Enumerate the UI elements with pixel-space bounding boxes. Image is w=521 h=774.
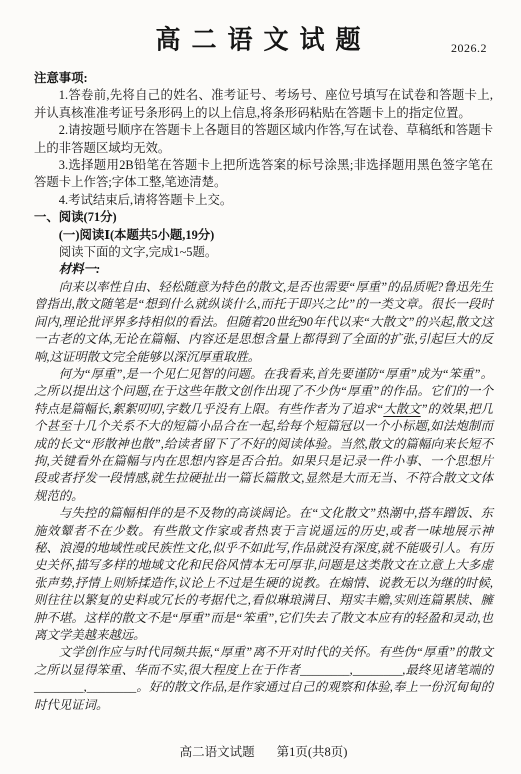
page-footer: 高二语文试题 第1页(共8页) xyxy=(34,742,493,764)
passage-paragraph-3: 与失控的篇幅相伴的是不及物的高谈阔论。在“文化散文”热潮中,搭车蹭饭、东施效颦者… xyxy=(34,505,493,644)
section-heading: 一、阅读(71分) xyxy=(34,209,493,226)
footer-page-number: 第1页(共8页) xyxy=(277,742,348,760)
paragraph-2-text-after: ”的效果,把几个甚至十几个关系不大的短篇小品合在一起,给每个短篇冠以一个小标题,… xyxy=(34,402,493,503)
exam-date: 2026.2 xyxy=(451,41,487,56)
footer-doc-title: 高二语文试题 xyxy=(180,742,255,760)
notice-item-2: 2.请按题号顺序在答题卡上各题目的答题区域内作答,写在试卷、草稿纸和答题卡上的非… xyxy=(34,122,493,157)
notice-section: 注意事项: 1.答卷前,先将自己的姓名、准考证号、考场号、座位号填写在试卷和答题… xyxy=(34,70,493,209)
reading-instruction: 阅读下面的文字,完成1~5题。 xyxy=(34,244,493,261)
passage-paragraph-1: 向来以率性自由、轻松随意为特色的散文,是否也需要“厚重”的品质呢?鲁迅先生曾指出… xyxy=(34,279,493,366)
passage-paragraph-4: 文学创作应与时代同频共振,“厚重”离不开对时代的关怀。有些伪“厚重”的散文之所以… xyxy=(34,644,493,714)
header: 高二语文试题 2026.2 xyxy=(34,20,493,56)
reading-passage: 向来以率性自由、轻松随意为特色的散文,是否也需要“厚重”的品质呢?鲁迅先生曾指出… xyxy=(34,279,493,714)
underlined-term: 大散文 xyxy=(383,402,420,416)
subsection-heading: (一)阅读Ⅰ(本题共5小题,19分) xyxy=(34,227,493,244)
exam-paper-page: 高二语文试题 2026.2 注意事项: 1.答卷前,先将自己的姓名、准考证号、考… xyxy=(0,0,521,774)
notice-heading: 注意事项: xyxy=(34,70,493,87)
passage-paragraph-2: 何为“厚重”,是一个见仁见智的问题。在我看来,首先要谨防“厚重”成为“笨重”。之… xyxy=(34,366,493,505)
notice-item-3: 3.选择题用2B铅笔在答题卡上把所选答案的标号涂黑;非选择题用黑色签字笔在答题卡… xyxy=(34,157,493,192)
material-label: 材料一: xyxy=(34,261,493,278)
notice-item-4: 4.考试结束后,请将答题卡上交。 xyxy=(34,192,493,209)
exam-title: 高二语文试题 xyxy=(155,19,371,57)
notice-item-1: 1.答卷前,先将自己的姓名、准考证号、考场号、座位号填写在试卷和答题卡上,并认真… xyxy=(34,87,493,122)
section-headings: 一、阅读(71分) (一)阅读Ⅰ(本题共5小题,19分) 阅读下面的文字,完成1… xyxy=(34,209,493,279)
